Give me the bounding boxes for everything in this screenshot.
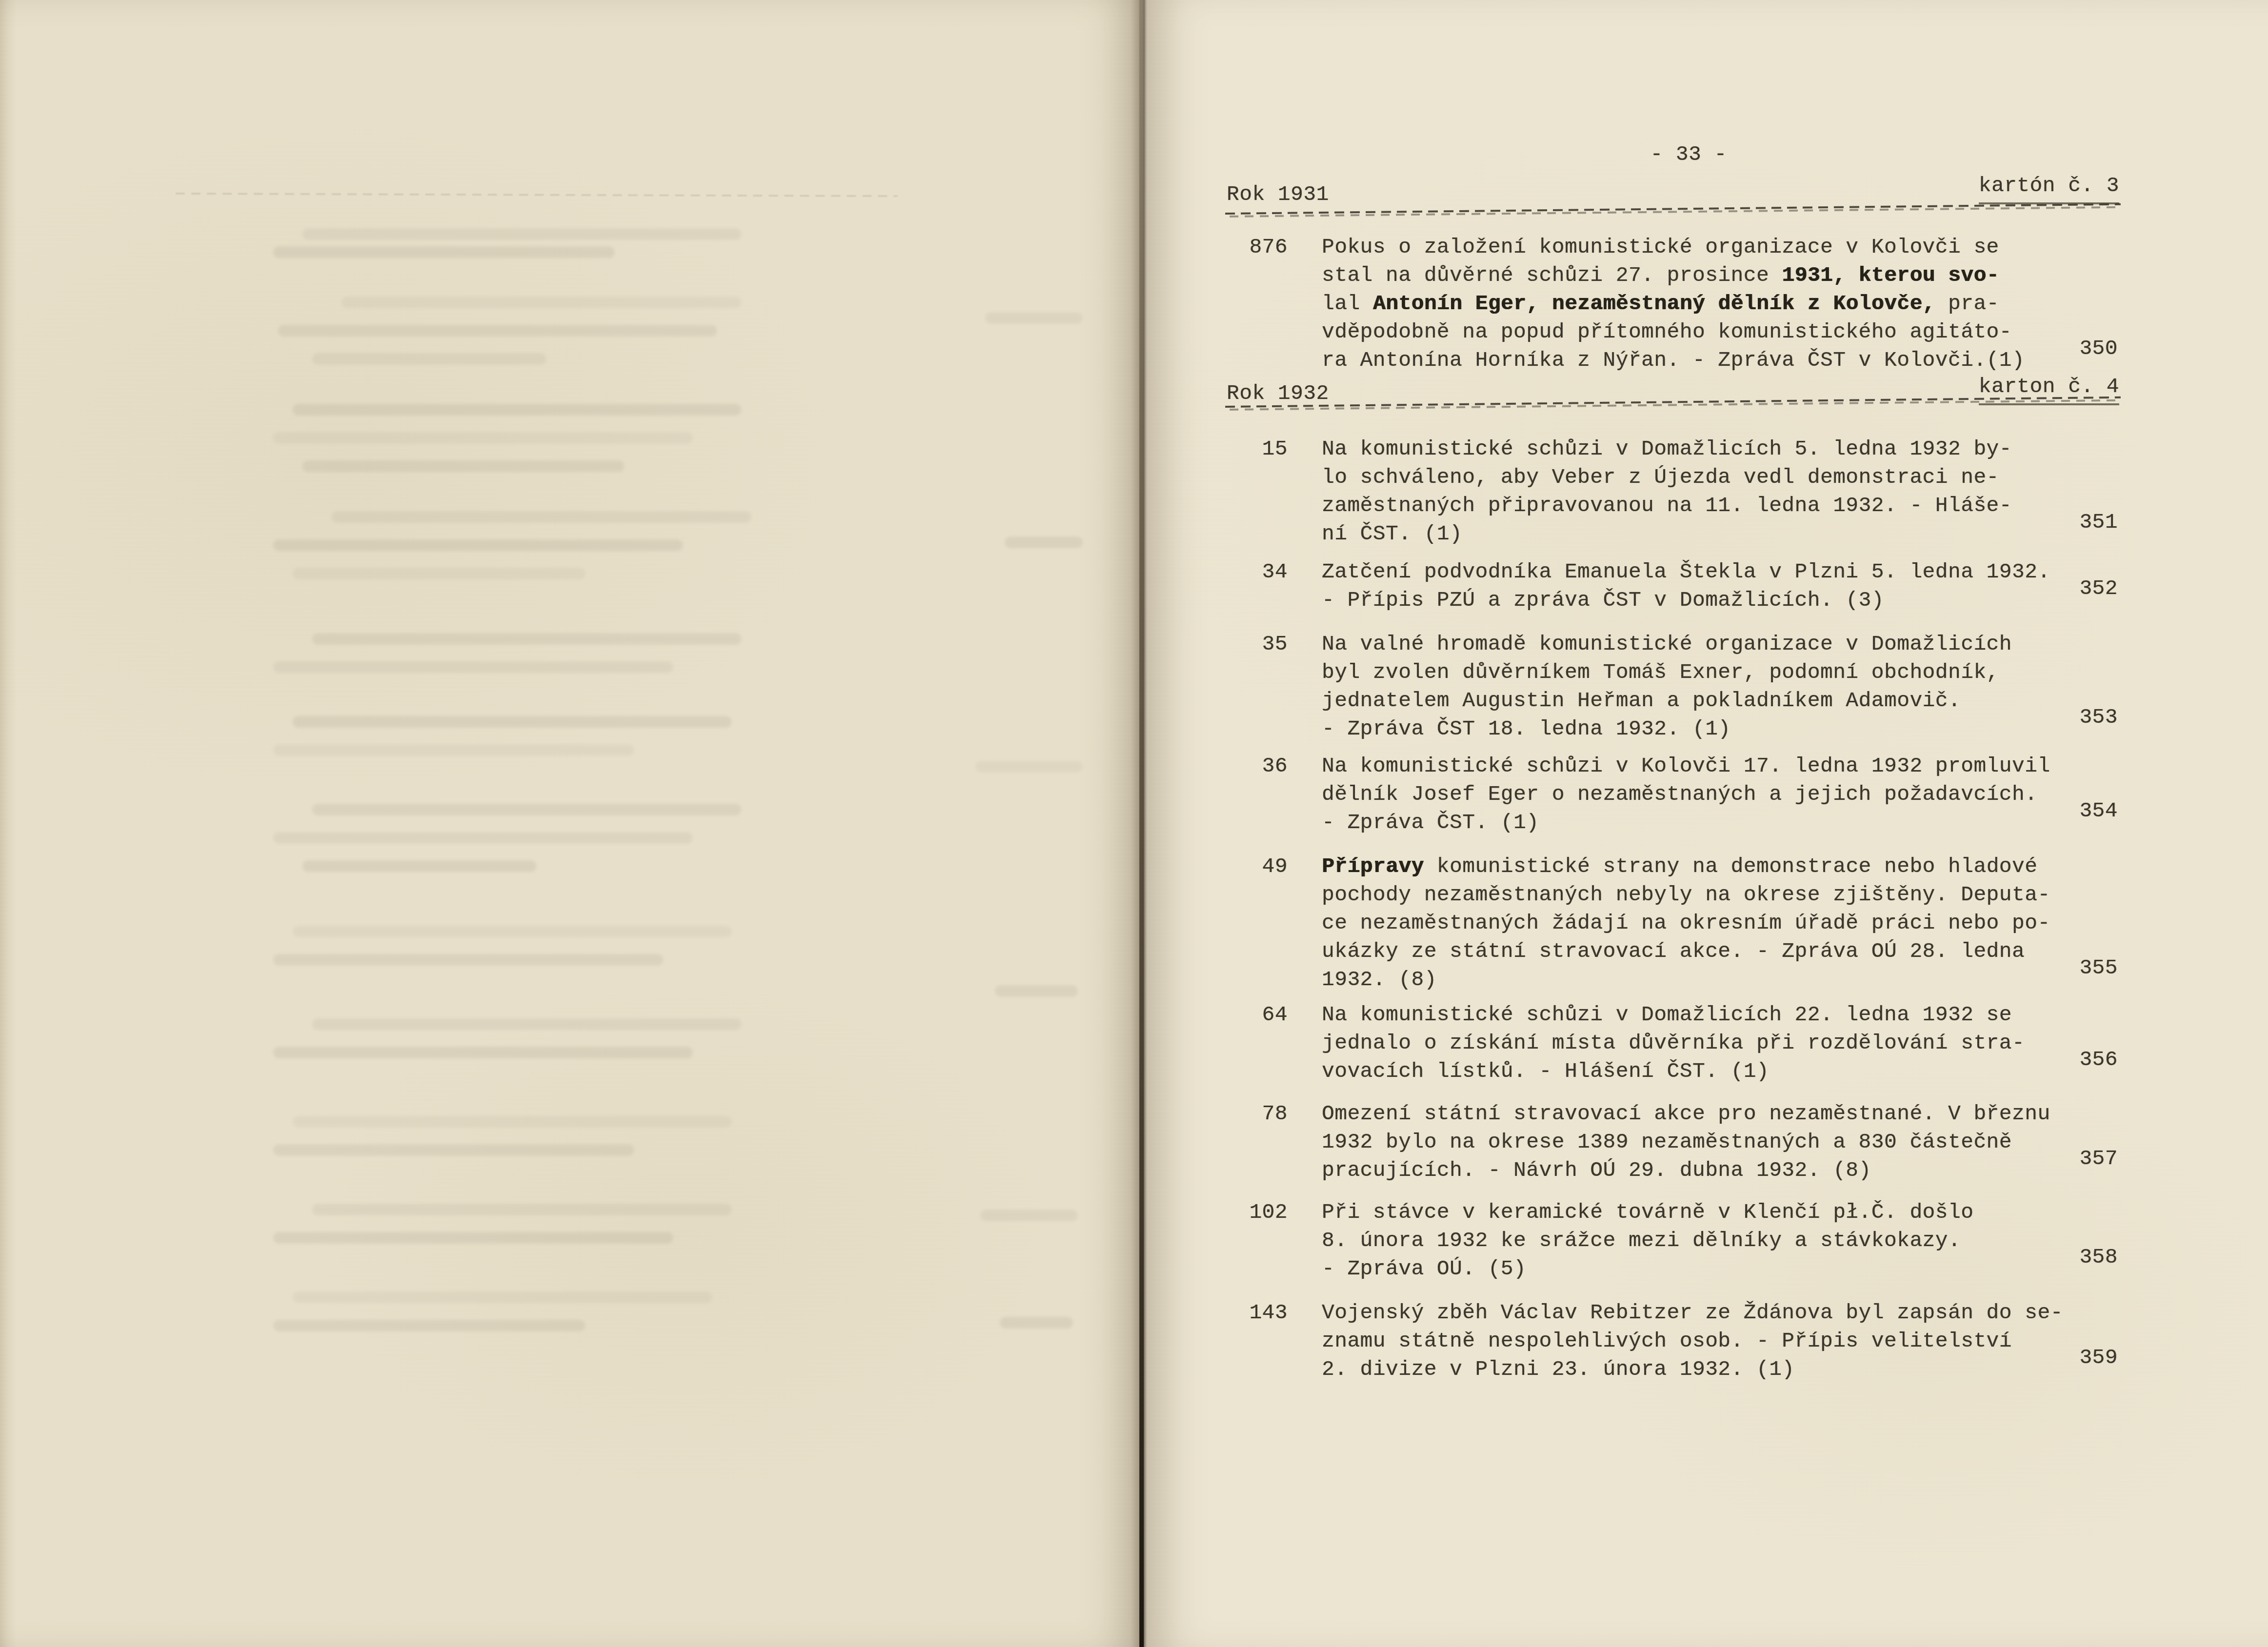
entry-line-segment: pochody nezaměstnaných nebyly na okrese … <box>1322 883 2050 907</box>
carton-page-ref: 357 <box>2044 1145 2118 1173</box>
entry-line-segment: Na komunistické schůzi v Domažlicích 5. … <box>1322 437 2012 461</box>
entry-line: Přípravy komunistické strany na demonstr… <box>1322 853 2122 881</box>
entry-number: 876 <box>1220 233 1288 261</box>
entry-line: Na komunistické schůzi v Kolovči 17. led… <box>1322 752 2122 780</box>
entry-line: jednalo o získání místa důvěrníka při ro… <box>1322 1029 2122 1057</box>
carton-page-ref: 358 <box>2044 1243 2118 1271</box>
ghost-text-line <box>995 985 1078 997</box>
entry-line: vovacích lístků. - Hlášení ČST. (1) <box>1322 1057 2122 1086</box>
carton-page-ref: 359 <box>2044 1344 2118 1372</box>
entry-line-segment: jednalo o získání místa důvěrníka při ro… <box>1322 1031 2025 1055</box>
entry-line-segment: zaměstnaných připravovanou na 11. ledna … <box>1322 494 2012 517</box>
entry-number: 15 <box>1220 435 1288 463</box>
entry-text: Na komunistické schůzi v Domažlicích 5. … <box>1322 435 2122 548</box>
entry-line: Na komunistické schůzi v Domažlicích 22.… <box>1322 1001 2122 1029</box>
ghost-text-line <box>341 297 741 308</box>
entry-line: Vojenský zběh Václav Rebitzer ze Ždánova… <box>1322 1299 2122 1327</box>
entry-line: byl zvolen důvěrníkem Tomáš Exner, podom… <box>1322 658 2122 687</box>
ghost-text-line <box>293 1291 712 1303</box>
ghost-text-line <box>273 1047 693 1058</box>
ghost-text-line <box>293 568 585 579</box>
ghost-text-line <box>273 432 693 444</box>
carton-page-ref: 350 <box>2044 335 2118 363</box>
entry-text: Zatčení podvodníka Emanuela Štekla v Plz… <box>1322 558 2122 615</box>
entry-line: Omezení státní stravovací akce pro nezam… <box>1322 1100 2122 1128</box>
ghost-text-line <box>312 353 546 365</box>
entry-line: znamu státně nespolehlivých osob. - Příp… <box>1322 1327 2122 1355</box>
entry-line-segment: Na komunistické schůzi v Domažlicích 22.… <box>1322 1003 2012 1027</box>
ghost-text-line <box>312 1204 732 1215</box>
ghost-text-line <box>332 511 751 523</box>
left-page <box>0 0 1141 1647</box>
entry-text: Omezení státní stravovací akce pro nezam… <box>1322 1100 2122 1185</box>
entry-line: 2. divize v Plzni 23. února 1932. (1) <box>1322 1355 2122 1384</box>
ghost-text-line <box>293 404 741 416</box>
ghost-text-line <box>293 1116 732 1128</box>
entry-line-segment: Pokus o založení komunistické organizace… <box>1322 235 1999 259</box>
entry-line: ní ČST. (1) <box>1322 520 2122 548</box>
index-sections: Rok 1931kartón č. 3876Pokus o založení k… <box>1147 0 2268 1647</box>
entry-number: 49 <box>1220 853 1288 881</box>
entry-line: ce nezaměstnaných žádají na okresním úřa… <box>1322 909 2122 937</box>
entry-line-segment: lo schváleno, aby Veber z Újezda vedl de… <box>1322 465 1999 489</box>
ghost-text-line <box>1005 536 1083 548</box>
entry-number: 102 <box>1220 1198 1288 1227</box>
entry-line: - Zpráva ČST 18. ledna 1932. (1) <box>1322 715 2122 743</box>
entry-line-segment: 8. února 1932 ke srážce mezi dělníky a s… <box>1322 1229 1961 1252</box>
entry-text: Vojenský zběh Václav Rebitzer ze Ždánova… <box>1322 1299 2122 1384</box>
entry-line-segment: - Zpráva OÚ. (5) <box>1322 1257 1526 1281</box>
carton-page-ref: 351 <box>2044 508 2118 536</box>
entry-line: - Zpráva OÚ. (5) <box>1322 1255 2122 1283</box>
ghost-text-line <box>312 633 741 645</box>
entry-line-segment: byl zvolen důvěrníkem Tomáš Exner, podom… <box>1322 660 1999 684</box>
entry-line: 1932 bylo na okrese 1389 nezaměstnaných … <box>1322 1128 2122 1156</box>
entry-line-segment: vděpodobně na popud přítomného komunisti… <box>1322 320 2012 344</box>
entry-line-segment: 2. divize v Plzni 23. února 1932. (1) <box>1322 1357 1795 1381</box>
entry-line: Při stávce v keramické továrně v Klenčí … <box>1322 1198 2122 1227</box>
ghost-text-line <box>273 539 683 551</box>
entry-line: lo schváleno, aby Veber z Újezda vedl de… <box>1322 463 2122 492</box>
ghost-dashed-rule <box>176 193 897 198</box>
year-label: Rok 1932 <box>1227 379 1329 408</box>
entry-line-segment: 1932. (8) <box>1322 968 1437 992</box>
entry-line-segment: jednatelem Augustin Heřman a pokladníkem… <box>1322 689 1961 713</box>
ghost-text-line <box>312 804 741 815</box>
year-label: Rok 1931 <box>1227 180 1329 209</box>
entry-line-segment: Omezení státní stravovací akce pro nezam… <box>1322 1102 2050 1126</box>
entry-number: 143 <box>1220 1299 1288 1327</box>
entry-line: Na komunistické schůzi v Domažlicích 5. … <box>1322 435 2122 463</box>
entry-line: - Přípis PZÚ a zpráva ČST v Domažlicích.… <box>1322 586 2122 615</box>
entry-line: 8. února 1932 ke srážce mezi dělníky a s… <box>1322 1227 2122 1255</box>
entry-line: - Zpráva ČST. (1) <box>1322 809 2122 837</box>
ghost-text-line <box>985 312 1083 324</box>
entry-line-segment: ní ČST. (1) <box>1322 522 1462 546</box>
ghost-text-line <box>975 761 1083 773</box>
entry-line-segment: Zatčení podvodníka Emanuela Štekla v Plz… <box>1322 560 2050 584</box>
ghost-text-line <box>273 246 615 258</box>
dashed-rule <box>1225 203 2121 218</box>
book-spread: - 33 - Rok 1931kartón č. 3876Pokus o zal… <box>0 0 2268 1647</box>
entry-line: 1932. (8) <box>1322 966 2122 994</box>
ghost-text-line <box>1000 1317 1073 1329</box>
entry-line: Pokus o založení komunistické organizace… <box>1322 233 2122 261</box>
entry-line-segment: pracujících. - Návrh OÚ 29. dubna 1932. … <box>1322 1158 1871 1182</box>
ghost-text-line <box>312 1018 741 1030</box>
entry-number: 35 <box>1220 630 1288 658</box>
ghost-text-line <box>273 1232 673 1244</box>
entry-number: 34 <box>1220 558 1288 586</box>
ghost-text-line <box>273 954 663 966</box>
entry-text: Na komunistické schůzi v Kolovči 17. led… <box>1322 752 2122 837</box>
entry-line-segment: Vojenský zběh Václav Rebitzer ze Ždánova… <box>1322 1301 2063 1325</box>
ghost-text-line <box>278 325 717 337</box>
entry-line: lal Antonín Eger, nezaměstnaný dělník z … <box>1322 290 2122 318</box>
entry-number: 36 <box>1220 752 1288 780</box>
carton-page-ref: 353 <box>2044 703 2118 732</box>
ghost-text-line <box>980 1210 1078 1221</box>
carton-page-ref: 352 <box>2044 575 2118 603</box>
ghost-text-line <box>302 860 537 872</box>
entry-line-segment: - Zpráva ČST 18. ledna 1932. (1) <box>1322 717 1731 741</box>
entry-line-segment: znamu státně nespolehlivých osob. - Příp… <box>1322 1329 2012 1353</box>
entry-text: Na komunistické schůzi v Domažlicích 22.… <box>1322 1001 2122 1086</box>
entry-line: pochody nezaměstnaných nebyly na okrese … <box>1322 881 2122 909</box>
carton-label: kartón č. 3 <box>1924 172 2119 204</box>
entry-line: ra Antonína Horníka z Nýřan. - Zpráva ČS… <box>1322 346 2122 375</box>
entry-line: zaměstnaných připravovanou na 11. ledna … <box>1322 492 2122 520</box>
entry-line-segment: - Zpráva ČST. (1) <box>1322 811 1539 834</box>
entry-line-segment: Při stávce v keramické továrně v Klenčí … <box>1322 1200 1973 1224</box>
entry-line: dělník Josef Eger o nezaměstnaných a jej… <box>1322 780 2122 809</box>
entry-line-segment: ra Antonína Horníka z Nýřan. - Zpráva ČS… <box>1322 348 2025 372</box>
entry-text: Při stávce v keramické továrně v Klenčí … <box>1322 1198 2122 1283</box>
ghost-text-line <box>273 832 693 844</box>
entry-line: ukázky ze státní stravovací akce. - Zprá… <box>1322 937 2122 966</box>
ghost-text-line <box>273 1144 634 1156</box>
entry-line-segment: ce nezaměstnaných žádají na okresním úřa… <box>1322 911 2050 935</box>
entry-text: Přípravy komunistické strany na demonstr… <box>1322 853 2122 994</box>
entry-number: 78 <box>1220 1100 1288 1128</box>
carton-page-ref: 355 <box>2044 954 2118 982</box>
entry-line-segment: ukázky ze státní stravovací akce. - Zprá… <box>1322 939 2025 963</box>
entry-line-segment: 1932 bylo na okrese 1389 nezaměstnaných … <box>1322 1130 2012 1154</box>
entry-line-bold-segment: Antonín Eger, nezaměstnaný dělník z Kolo… <box>1373 292 1935 316</box>
entry-line-segment: vovacích lístků. - Hlášení ČST. (1) <box>1322 1059 1769 1083</box>
right-page: - 33 - Rok 1931kartón č. 3876Pokus o zal… <box>1147 0 2268 1647</box>
entry-line-bold-segment: 1931, kterou svo- <box>1782 263 1999 287</box>
ghost-text-line <box>273 744 634 756</box>
entry-number: 64 <box>1220 1001 1288 1029</box>
carton-label-text: kartón č. 3 <box>1979 172 2119 204</box>
entry-line: Zatčení podvodníka Emanuela Štekla v Plz… <box>1322 558 2122 586</box>
entry-text: Na valné hromadě komunistické organizace… <box>1322 630 2122 743</box>
entry-line: stal na důvěrné schůzi 27. prosince 1931… <box>1322 261 2122 290</box>
entry-line-segment: Na valné hromadě komunistické organizace… <box>1322 632 2012 656</box>
ghost-text-line <box>273 1320 585 1331</box>
entry-line-segment: lal <box>1322 292 1373 316</box>
book-spine-line <box>1139 0 1144 1647</box>
entry-line: Na valné hromadě komunistické organizace… <box>1322 630 2122 658</box>
entry-line-segment: Na komunistické schůzi v Kolovči 17. led… <box>1322 754 2050 778</box>
entry-line: jednatelem Augustin Heřman a pokladníkem… <box>1322 687 2122 715</box>
carton-page-ref: 354 <box>2044 797 2118 825</box>
ghost-text-line <box>293 716 732 728</box>
ghost-text-line <box>273 661 673 673</box>
entry-text: Pokus o založení komunistické organizace… <box>1322 233 2122 375</box>
entry-line-segment: dělník Josef Eger o nezaměstnaných a jej… <box>1322 782 2037 806</box>
carton-page-ref: 356 <box>2044 1046 2118 1074</box>
ghost-text-line <box>302 228 741 240</box>
ghost-text-line <box>293 926 732 937</box>
entry-line: pracujících. - Návrh OÚ 29. dubna 1932. … <box>1322 1156 2122 1185</box>
entry-line-bold-segment: Přípravy <box>1322 854 1424 878</box>
entry-line-segment: stal na důvěrné schůzi 27. prosince <box>1322 263 1782 287</box>
entry-line-segment: pra- <box>1935 292 1999 316</box>
entry-line-segment: - Přípis PZÚ a zpráva ČST v Domažlicích.… <box>1322 588 1884 612</box>
entry-line-segment: komunistické strany na demonstrace nebo … <box>1424 854 2038 878</box>
entry-line: vděpodobně na popud přítomného komunisti… <box>1322 318 2122 346</box>
ghost-text-line <box>302 460 624 472</box>
